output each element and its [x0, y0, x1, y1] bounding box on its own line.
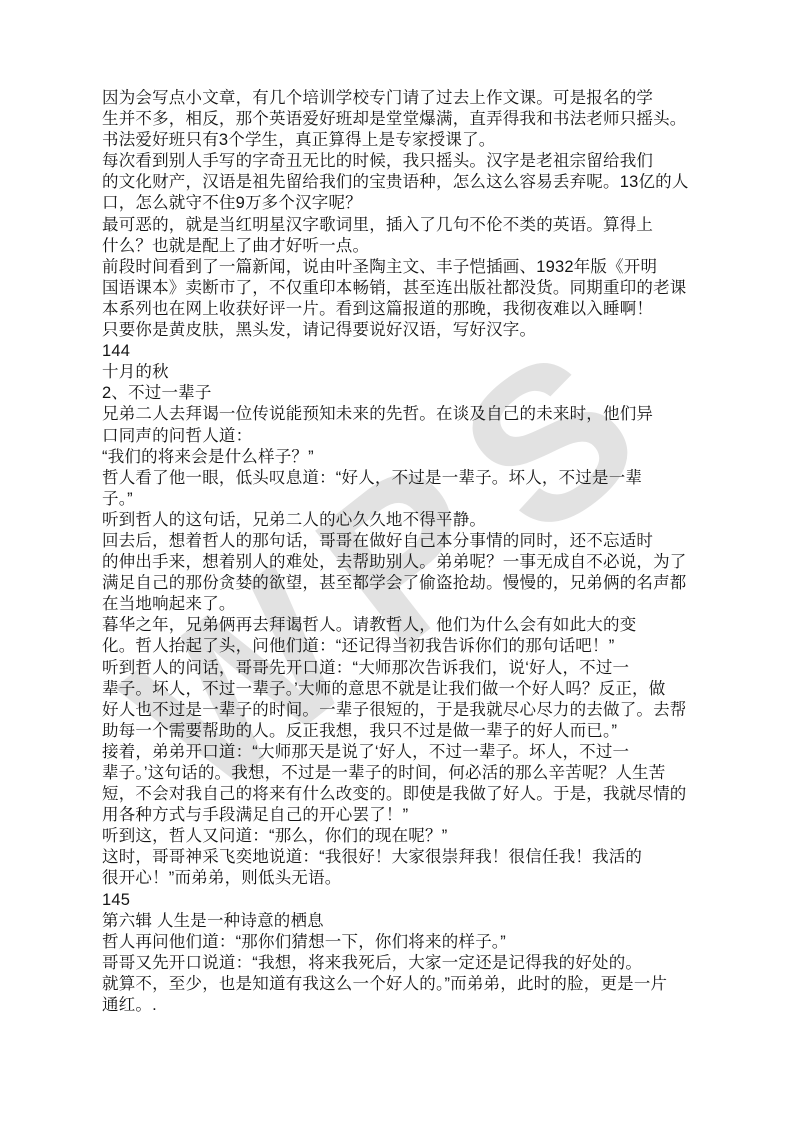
text-line: 144 [102, 341, 742, 362]
text-line: 国语课本》卖断市了，不仅重印本畅销，甚至连出版社都没货。同期重印的老课 [102, 278, 742, 299]
text-line: 回去后，想着哲人的那句话，哥哥在做好自己本分事情的同时，还不忘适时 [102, 531, 742, 552]
text-line: 2、不过一辈子 [102, 383, 742, 404]
text-line: 的伸出手来，想着别人的难处，去帮助别人。弟弟呢？一事无成自不必说，为了 [102, 552, 742, 573]
text-line: 书法爱好班只有3个学生，真正算得上是专家授课了。 [102, 130, 742, 151]
text-line: 只要你是黄皮肤，黑头发，请记得要说好汉语，写好汉字。 [102, 320, 742, 341]
text-line: 哥哥又先开口说道：“我想，将来我死后，大家一定还是记得我的好处的。 [102, 953, 742, 974]
text-line: 听到哲人的这句话，兄弟二人的心久久地不得平静。 [102, 510, 742, 531]
text-line: 辈子。’这句话的。我想，不过是一辈子的时间，何必活的那么辛苦呢？人生苦 [102, 763, 742, 784]
text-line: 口同声的问哲人道： [102, 426, 742, 447]
text-line: 化。哲人抬起了头，问他们道：“还记得当初我告诉你们的那句话吧！” [102, 636, 742, 657]
text-line: 本系列也在网上收获好评一片。看到这篇报道的那晚，我彻夜难以入睡啊！ [102, 299, 742, 320]
text-line: 口，怎么就守不住9万多个汉字呢？ [102, 193, 742, 214]
text-line: 兄弟二人去拜谒一位传说能预知未来的先哲。在谈及自己的未来时，他们异 [102, 404, 742, 425]
text-line: 什么？也就是配上了曲才好听一点。 [102, 236, 742, 257]
text-line: “我们的将来会是什么样子？” [102, 447, 742, 468]
text-line: 这时，哥哥神采飞奕地说道：“我很好！大家很崇拜我！很信任我！我活的 [102, 847, 742, 868]
text-line: 用各种方式与手段满足自己的开心罢了！” [102, 805, 742, 826]
text-line: 哲人看了他一眼，低头叹息道：“好人，不过是一辈子。坏人，不过是一辈 [102, 468, 742, 489]
text-line: 每次看到别人手写的字奇丑无比的时候，我只摇头。汉字是老祖宗留给我们 [102, 151, 742, 172]
text-line: 前段时间看到了一篇新闻，说由叶圣陶主文、丰子恺插画、1932年版《开明 [102, 257, 742, 278]
text-line: 145 [102, 890, 742, 911]
text-line: 暮华之年，兄弟俩再去拜谒哲人。请教哲人，他们为什么会有如此大的变 [102, 615, 742, 636]
text-line: 因为会写点小文章，有几个培训学校专门请了过去上作文课。可是报名的学 [102, 88, 742, 109]
text-line: 的文化财产，汉语是祖先留给我们的宝贵语种，怎么这么容易丢弃呢。13亿的人 [102, 172, 742, 193]
text-line: 在当地响起来了。 [102, 594, 742, 615]
text-line: 生并不多，相反，那个英语爱好班却是堂堂爆满，直弄得我和书法老师只摇头。 [102, 109, 742, 130]
text-line: 子。” [102, 489, 742, 510]
text-line: 辈子。坏人，不过一辈子。’大师的意思不就是让我们做一个好人吗？反正，做 [102, 679, 742, 700]
text-line: 听到哲人的问话，哥哥先开口道：“大师那次告诉我们，说‘好人，不过一 [102, 658, 742, 679]
text-line: 短，不会对我自己的将来有什么改变的。即使是我做了好人。于是，我就尽情的 [102, 784, 742, 805]
page-text: 因为会写点小文章，有几个培训学校专门请了过去上作文课。可是报名的学生并不多，相反… [102, 88, 742, 1016]
document-page: WPS 因为会写点小文章，有几个培训学校专门请了过去上作文课。可是报名的学生并不… [0, 0, 793, 1122]
text-line: 就算不，至少，也是知道有我这么一个好人的。”而弟弟，此时的脸，更是一片 [102, 974, 742, 995]
text-line: 满足自己的那份贪婪的欲望，甚至都学会了偷盗抢劫。慢慢的，兄弟俩的名声都 [102, 573, 742, 594]
text-line: 助每一个需要帮助的人。反正我想，我只不过是做一辈子的好人而已。” [102, 721, 742, 742]
text-line: 最可恶的，就是当红明星汉字歌词里，插入了几句不伦不类的英语。算得上 [102, 215, 742, 236]
text-line: 很开心！”而弟弟，则低头无语。 [102, 868, 742, 889]
text-line: 哲人再问他们道：“那你们猜想一下，你们将来的样子。” [102, 932, 742, 953]
text-line: 听到这，哲人又问道：“那么，你们的现在呢？” [102, 826, 742, 847]
text-line: 十月的秋 [102, 362, 742, 383]
text-line: 通红。. [102, 995, 742, 1016]
text-line: 第六辑 人生是一种诗意的栖息 [102, 911, 742, 932]
text-line: 好人也不过是一辈子的时间。一辈子很短的，于是我就尽心尽力的去做了。去帮 [102, 700, 742, 721]
text-line: 接着，弟弟开口道：“大师那天是说了‘好人，不过一辈子。坏人，不过一 [102, 742, 742, 763]
